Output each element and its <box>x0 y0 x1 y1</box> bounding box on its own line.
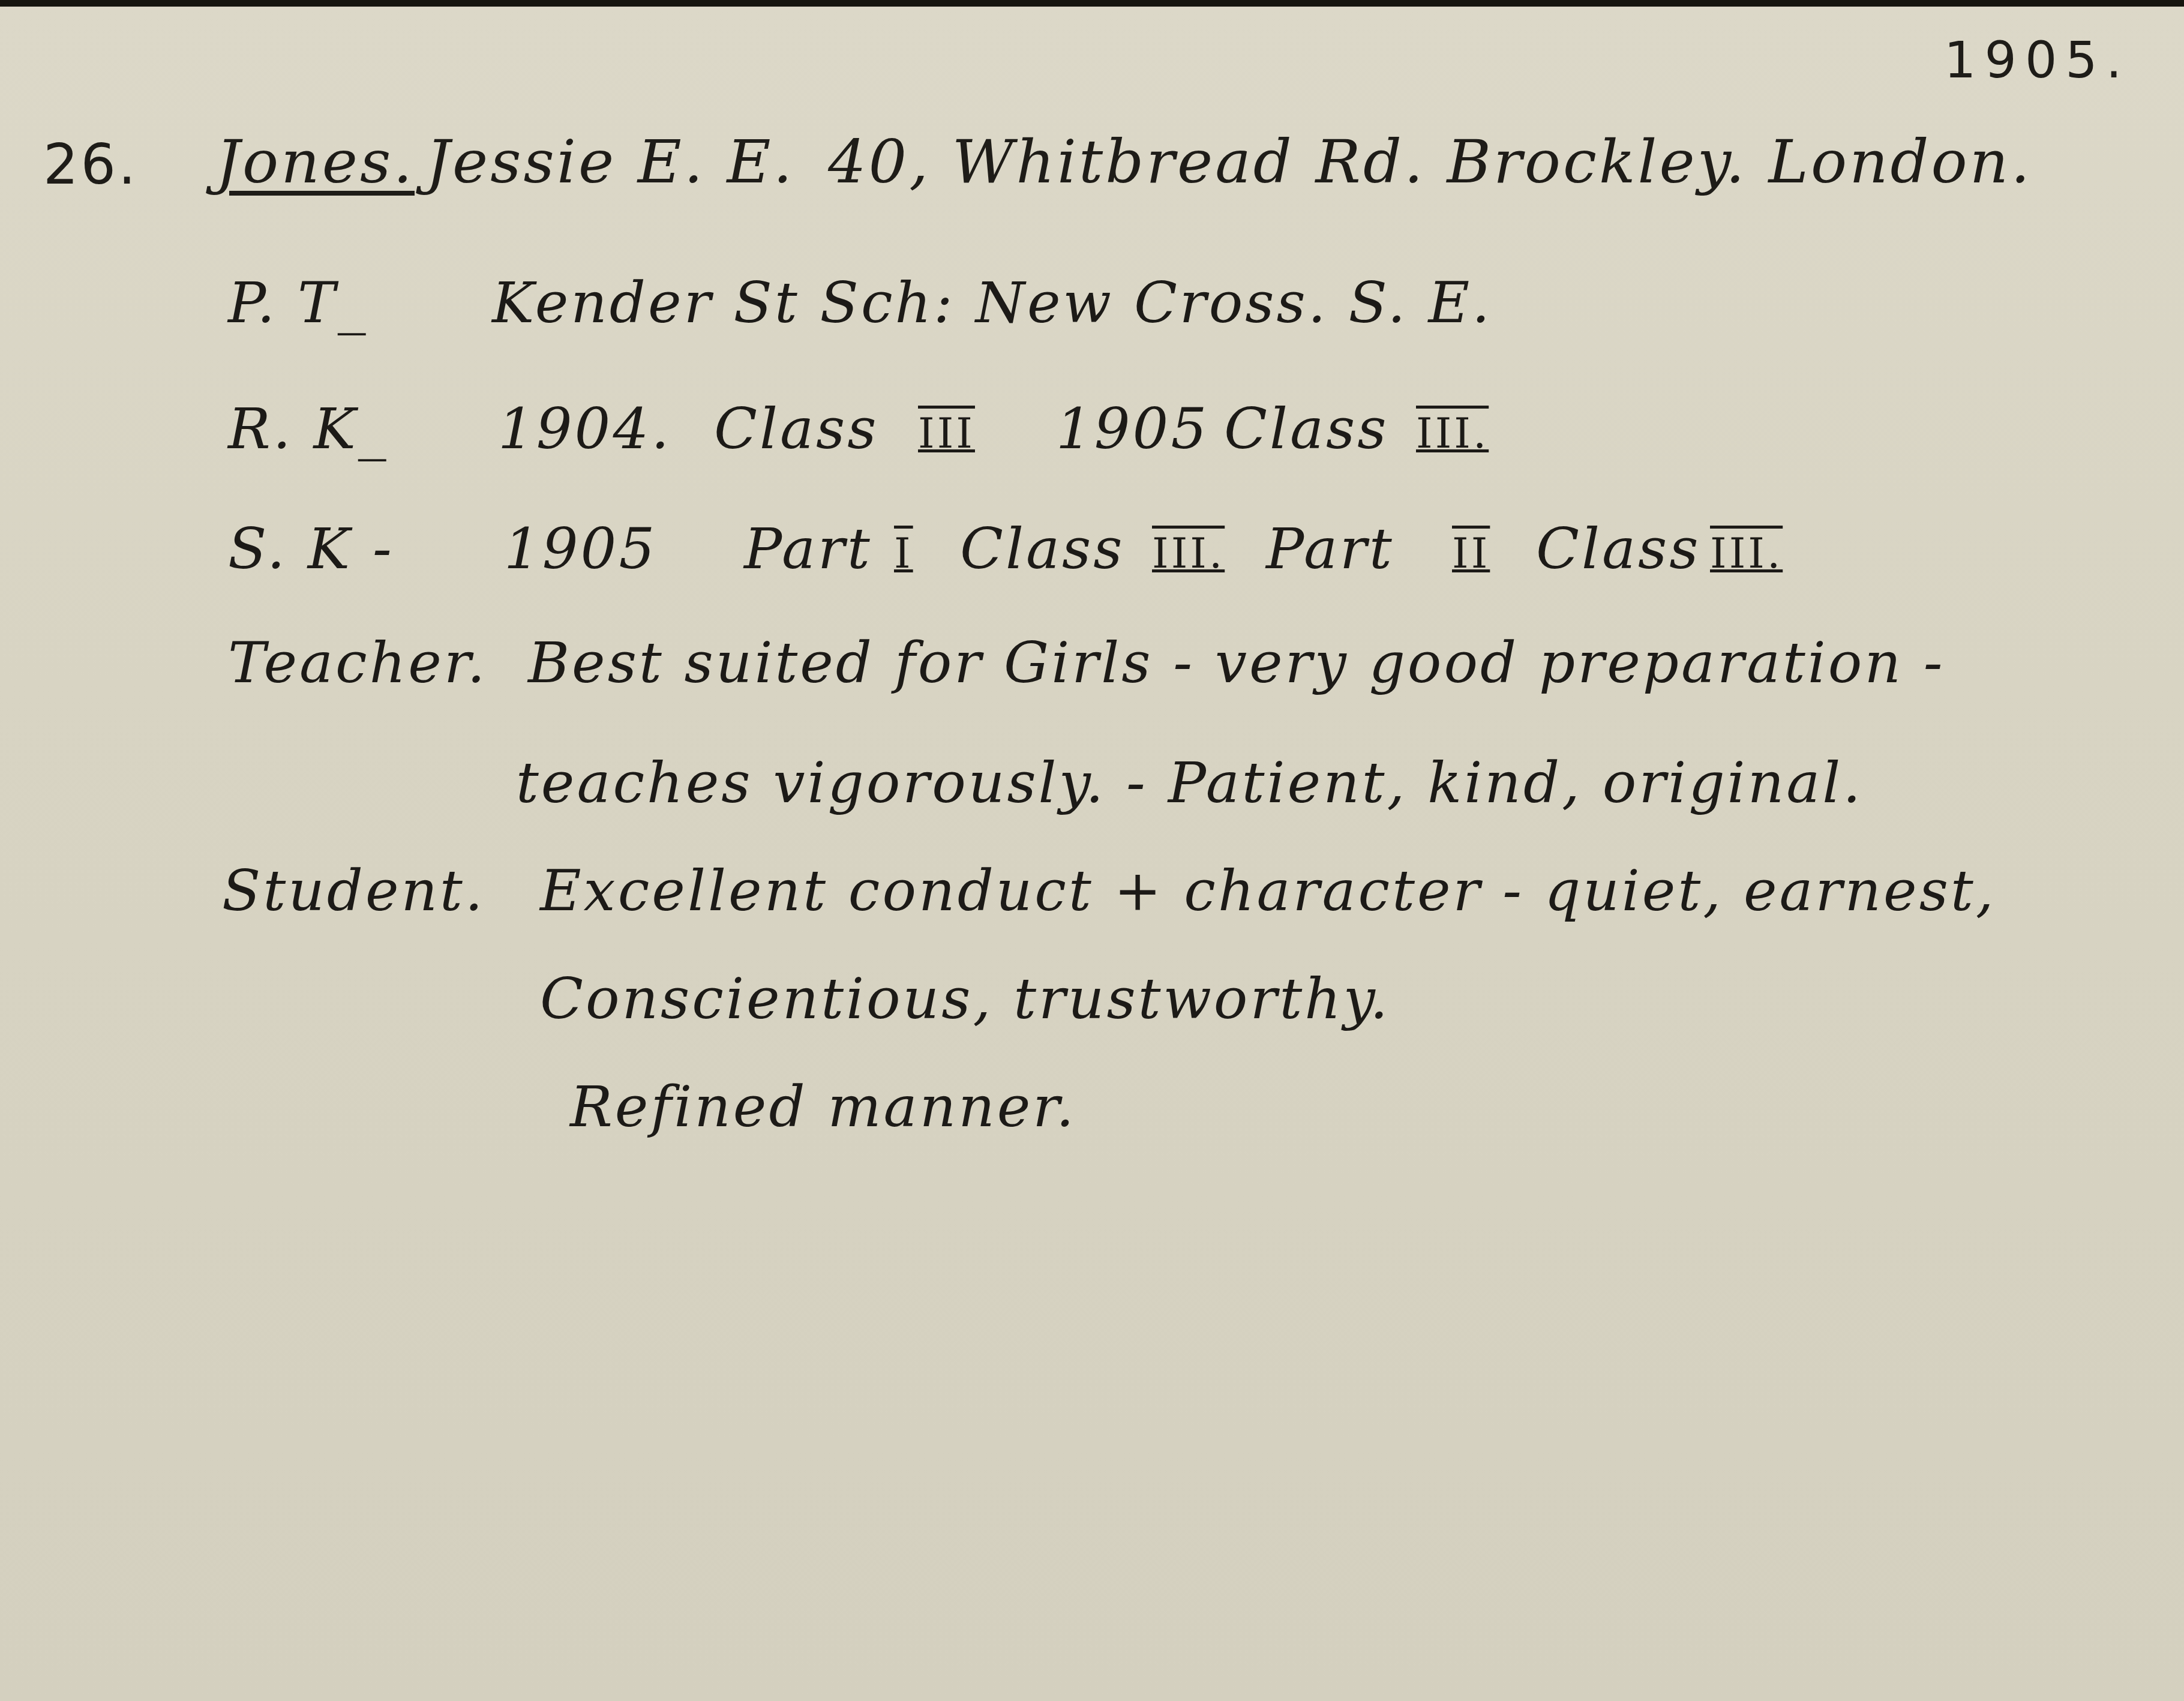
rk-year-1: 1904. <box>498 397 671 462</box>
sk-part-label-1: Part <box>744 517 872 582</box>
student-remark-line-1: Excellent conduct + character - quiet, e… <box>540 859 1996 924</box>
record-card: 1905. 26. Jones. Jessie E. E. 40, Whitbr… <box>0 7 2184 1701</box>
student-label: Student. <box>222 859 485 924</box>
rk-class-label-1: Class <box>714 397 879 462</box>
rk-year-2: 1905 <box>1056 397 1209 462</box>
address: 40, Whitbread Rd. Brockley. London. <box>828 127 2032 197</box>
sk-part-1: I <box>894 529 913 578</box>
entry-number: 26. <box>43 133 138 197</box>
sk-class-2: III. <box>1710 529 1783 578</box>
sk-part-label-2: Part <box>1266 517 1394 582</box>
record-year: 1905. <box>1944 31 2130 89</box>
rk-class-2: III. <box>1416 409 1489 458</box>
given-names: Jessie E. E. <box>426 127 794 197</box>
rk-label: R. K_ <box>228 397 389 462</box>
pt-label: P. T_ <box>228 271 368 336</box>
teacher-label: Teacher. <box>228 631 487 696</box>
sk-part-2: II <box>1452 529 1490 578</box>
student-remark-line-2: Conscientious, trustworthy. <box>540 967 1390 1032</box>
teacher-remark-line-2: teaches vigorously. - Patient, kind, ori… <box>516 751 1863 816</box>
student-remark-line-3: Refined manner. <box>570 1075 1076 1140</box>
top-border <box>0 0 2184 7</box>
sk-class-label-2: Class <box>1536 517 1701 582</box>
sk-year: 1905 <box>504 517 657 582</box>
surname: Jones. <box>216 127 415 197</box>
sk-class-1: III. <box>1152 529 1225 578</box>
rk-class-label-2: Class <box>1224 397 1389 462</box>
sk-class-label-1: Class <box>960 517 1125 582</box>
teacher-remark-line-1: Best suited for Girls - very good prepar… <box>528 631 1945 696</box>
rk-class-1: III <box>918 409 975 458</box>
sk-label: S. K - <box>228 517 394 582</box>
pt-school: Kender St Sch: New Cross. S. E. <box>492 271 1492 336</box>
